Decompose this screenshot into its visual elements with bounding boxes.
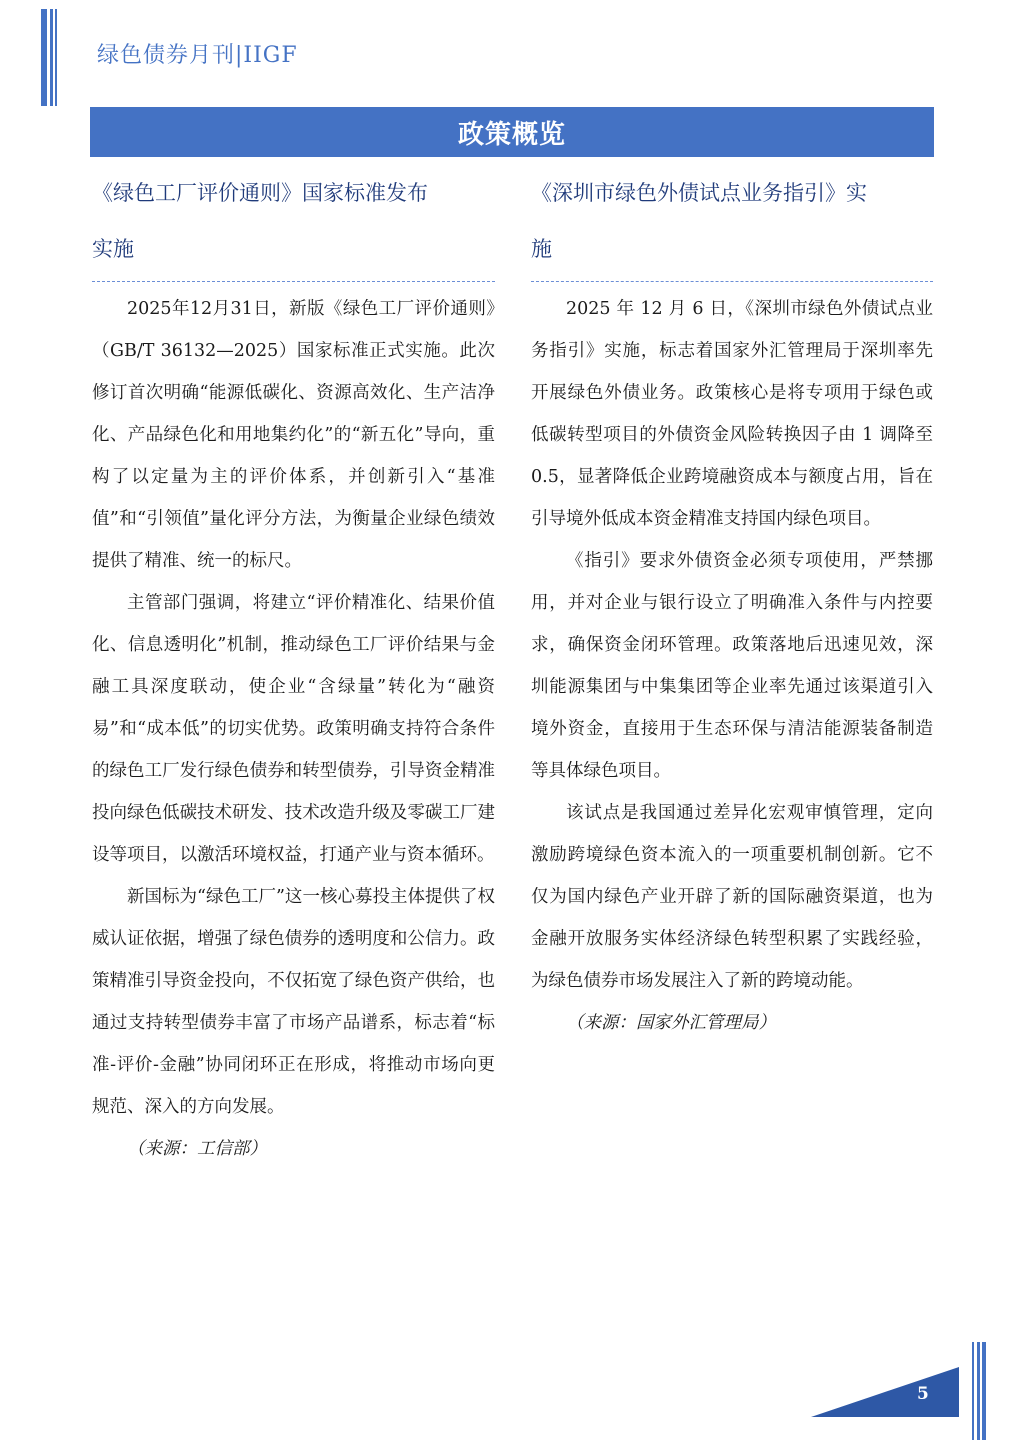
article-paragraph: 主管部门强调，将建立“评价精准化、结果价值化、信息透明化”机制，推动绿色工厂评价…	[92, 582, 495, 876]
article-paragraph: 《指引》要求外债资金必须专项使用，严禁挪用，并对企业与银行设立了明确准入条件与内…	[531, 540, 933, 792]
article-paragraph: 2025年12月31日，新版《绿色工厂评价通则》（GB/T 36132—2025…	[92, 288, 495, 582]
article-paragraph: 新国标为“绿色工厂”这一核心募投主体提供了权威认证依据，增强了绿色债券的透明度和…	[92, 876, 495, 1128]
page-number: 5	[917, 1384, 929, 1404]
article-left: 《绿色工厂评价通则》国家标准发布 实施 2025年12月31日，新版《绿色工厂评…	[92, 165, 495, 1170]
section-banner: 政策概览	[90, 107, 934, 157]
article-paragraph: 2025 年 12 月 6 日，《深圳市绿色外债试点业务指引》实施，标志着国家外…	[531, 288, 933, 540]
article-body: 2025 年 12 月 6 日，《深圳市绿色外债试点业务指引》实施，标志着国家外…	[531, 288, 933, 1044]
footer-bar-thick	[982, 1342, 986, 1440]
dashed-divider	[531, 281, 933, 282]
article-title-line1: 《深圳市绿色外债试点业务指引》实	[531, 181, 867, 205]
page-number-triangle	[811, 1367, 961, 1417]
footer-bar-thin	[972, 1342, 974, 1440]
section-title: 政策概览	[458, 114, 566, 151]
header-bar-medium	[50, 9, 53, 106]
footer-bar-medium	[977, 1342, 980, 1440]
header-bar-thin	[55, 9, 57, 106]
article-title-line1: 《绿色工厂评价通则》国家标准发布	[92, 181, 428, 205]
article-body: 2025年12月31日，新版《绿色工厂评价通则》（GB/T 36132—2025…	[92, 288, 495, 1170]
article-title-line2: 实施	[92, 237, 134, 261]
footer-decorative-bars	[972, 1342, 988, 1440]
article-right: 《深圳市绿色外债试点业务指引》实 施 2025 年 12 月 6 日，《深圳市绿…	[531, 165, 933, 1044]
article-title: 《深圳市绿色外债试点业务指引》实 施	[531, 165, 933, 277]
article-source: （来源：国家外汇管理局）	[531, 1002, 933, 1044]
dashed-divider	[92, 281, 495, 282]
article-title-line2: 施	[531, 237, 552, 261]
header-bar-thick	[41, 9, 47, 106]
header-decorative-bars	[41, 9, 61, 106]
article-paragraph: 该试点是我国通过差异化宏观审慎管理，定向激励跨境绿色资本流入的一项重要机制创新。…	[531, 792, 933, 1002]
article-title: 《绿色工厂评价通则》国家标准发布 实施	[92, 165, 495, 277]
journal-title: 绿色债券月刊|IIGF	[97, 38, 298, 69]
article-source: （来源：工信部）	[92, 1128, 495, 1170]
